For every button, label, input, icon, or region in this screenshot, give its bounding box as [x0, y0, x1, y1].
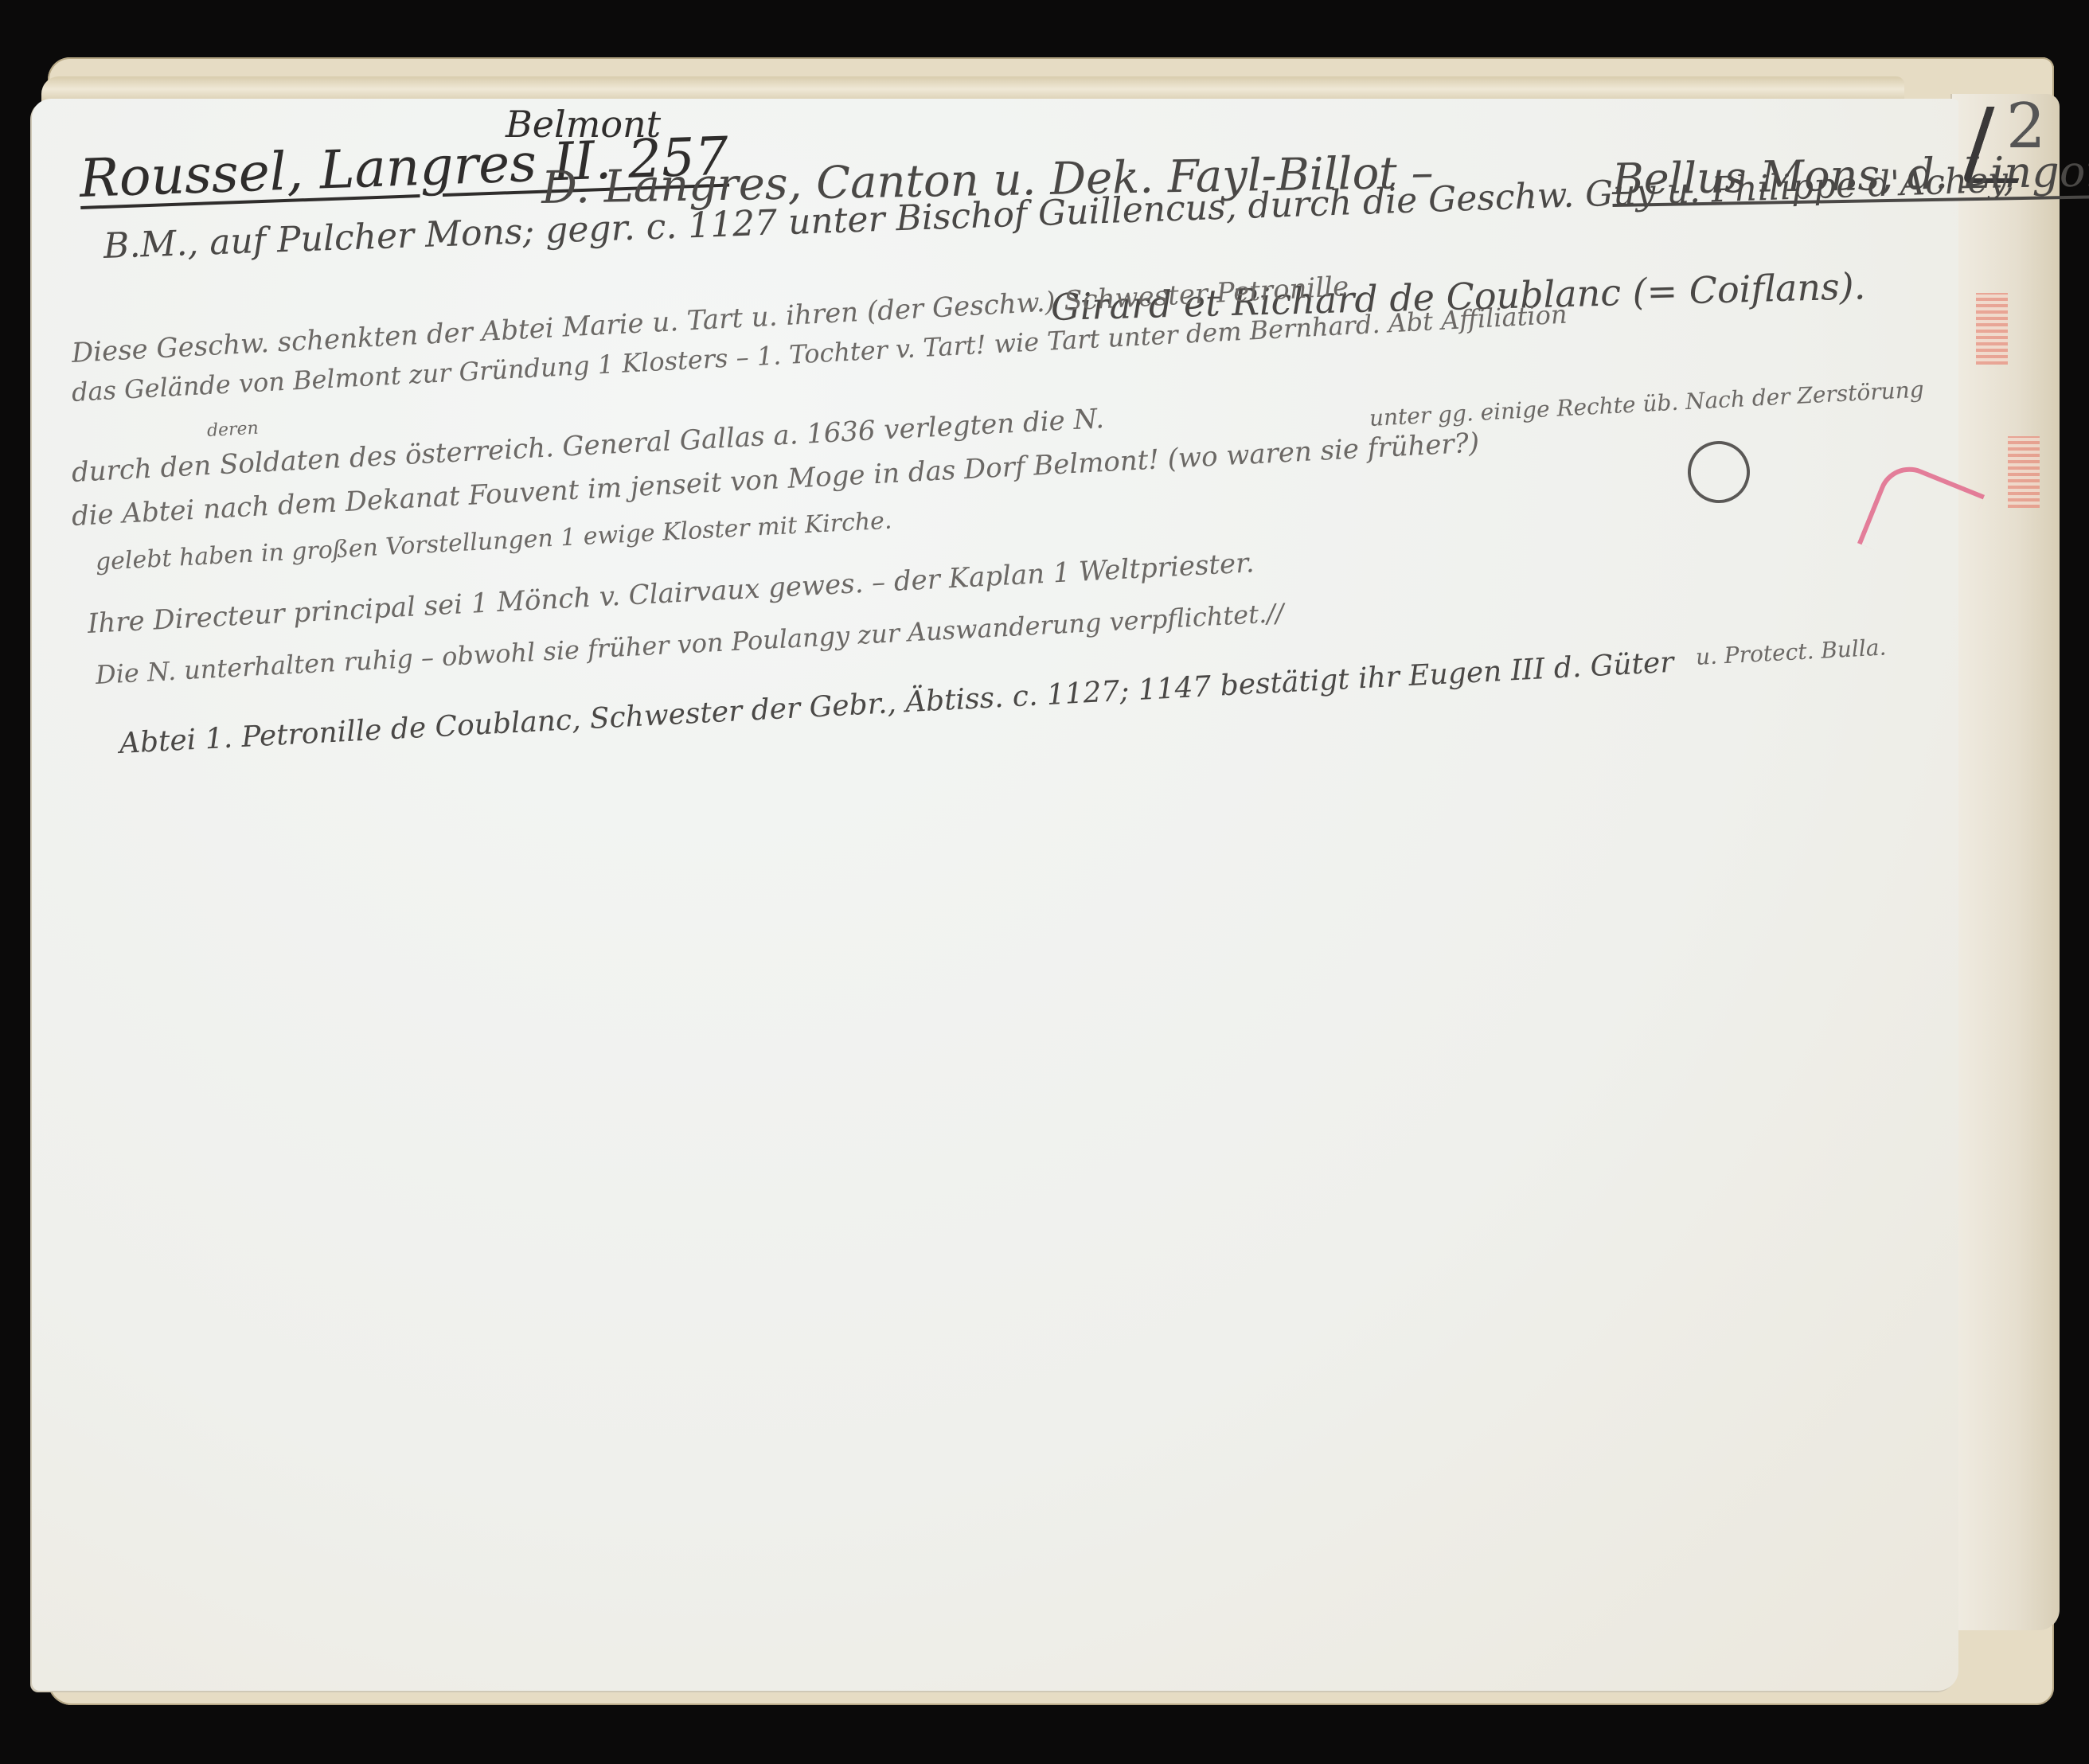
page-number: 2	[2006, 91, 2046, 162]
page-stack-right-edge	[1950, 94, 2060, 1630]
red-edge-mark	[2008, 436, 2040, 508]
text-line-5: unter gg. einige Rechte üb. Nach der Zer…	[1369, 377, 1924, 431]
text-line-12: u. Protect. Bulla.	[1695, 634, 1887, 669]
red-edge-mark	[1976, 293, 2008, 365]
manuscript-page: Belmont Roussel, Langres II. 257 D. Lang…	[32, 99, 1958, 1691]
text-line-interlinear: deren	[206, 419, 259, 441]
flourish-mark-icon	[1677, 431, 1760, 513]
